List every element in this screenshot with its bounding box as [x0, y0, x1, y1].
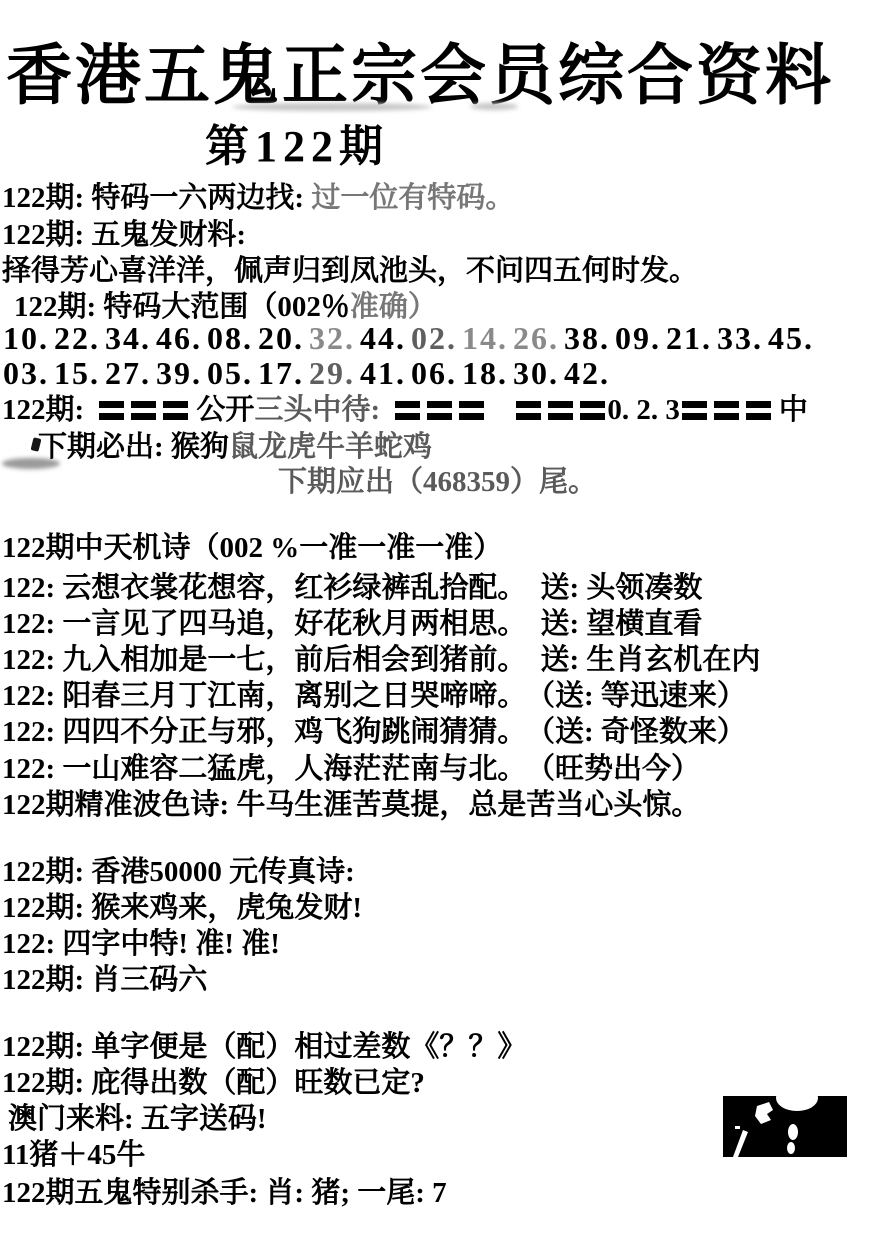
number: 06.: [411, 355, 457, 391]
number-row-2: 03.15.27.39.05.17.29.41.06.18.30.42.: [3, 356, 615, 390]
scan-smudge: [232, 103, 432, 111]
poem-verse: 一言见了四马追，好花秋月两相思。: [62, 608, 526, 640]
tip-line-1: 122期: 特码一六两边找: 过一位有特码。: [2, 181, 514, 215]
verse-line: 择得芳心喜洋洋，佩声归到凤池头，不问四五何时发。: [2, 254, 698, 288]
number: 32.: [309, 320, 355, 356]
tip-text: 特码一六两边找:: [91, 182, 311, 214]
number: 46.: [156, 320, 202, 356]
double-bar-icon: [580, 401, 605, 420]
poems-title: 122期中天机诗（002 %一准一准一准）: [2, 531, 502, 565]
poem-gift: （送: 等迅速来）: [540, 680, 745, 712]
double-bar-icon: [746, 401, 771, 420]
tail-line: 下期应出（468359）尾。: [278, 465, 597, 499]
number: 14.: [462, 320, 508, 356]
poem-verse: 四四不分正与邪，鸡飞狗跳闹猜猜。: [62, 716, 526, 748]
macau-line: 澳门来料: 五字送码!: [8, 1102, 267, 1136]
range-title: 122期: 特码大范围（002％准确）: [14, 290, 437, 324]
number: 22.: [54, 320, 100, 356]
number: 39.: [156, 355, 202, 391]
number: 41.: [360, 355, 406, 391]
heads-end-text: 中: [779, 394, 808, 426]
number: 03.: [3, 355, 49, 391]
poem-line: 122: 九入相加是一七，前后相会到猪前。送: 生肖玄机在内: [2, 643, 760, 677]
three-heads-line: 122期: 公开三头中待: 0. 2. 3中: [2, 393, 808, 427]
must-appear-line: 下期必出: 猴狗鼠龙虎牛羊蛇鸡: [38, 430, 432, 464]
poem-gift: 送: 生肖玄机在内: [540, 644, 760, 676]
issue-number: 第122期: [205, 110, 389, 174]
number: 17.: [258, 355, 304, 391]
number: 27.: [105, 355, 151, 391]
handwritten-text: 三头中待:: [254, 394, 387, 426]
bottom-line-2: 122期: 庇得出数（配）旺数已定?: [2, 1066, 425, 1100]
number: 02.: [411, 320, 457, 356]
poem-verse: 一山难容二猛虎，人海茫茫南与北。: [62, 753, 526, 785]
poem-gift: 送: 望横直看: [540, 608, 702, 640]
fax-line-3: 122: 四字中特! 准! 准!: [2, 927, 280, 961]
trigram-bars-group: [395, 401, 484, 420]
double-bar-icon: [163, 401, 188, 420]
trigram-bars-group: [682, 401, 771, 420]
issue-prefix: 122:: [2, 753, 62, 785]
number: 45.: [768, 320, 814, 356]
poem-line: 122: 阳春三月丁江南，离别之日哭啼啼。（送: 等迅速来）: [2, 679, 746, 713]
double-bar-icon: [131, 401, 156, 420]
issue-prefix: 122:: [2, 680, 62, 712]
killer-line: 122期五鬼特别杀手: 肖: 猪; 一尾: 7: [2, 1176, 447, 1210]
number: 21.: [666, 320, 712, 356]
poem-line: 122: 四四不分正与邪，鸡飞狗跳闹猜猜。（送: 奇怪数来）: [2, 715, 746, 749]
number: 09.: [615, 320, 661, 356]
silhouette-image: [723, 1096, 847, 1157]
issue-prefix: 122:: [2, 572, 62, 604]
number: 30.: [513, 355, 559, 391]
fax-line-1: 122期: 香港50000 元传真诗:: [2, 855, 355, 889]
poem-line: 122: 一山难容二猛虎，人海茫茫南与北。（旺势出今）: [2, 752, 700, 786]
poem-line: 122: 一言见了四马追，好花秋月两相思。送: 望横直看: [2, 607, 702, 641]
issue-prefix: 122:: [2, 608, 62, 640]
issue-prefix: 122:: [2, 644, 62, 676]
must-appear-label: 下期必出:: [38, 431, 171, 463]
number-row-1: 10.22.34.46.08.20.32.44.02.14.26.38.09.2…: [3, 321, 819, 355]
scan-smudge: [470, 103, 518, 110]
number: 42.: [564, 355, 610, 391]
poem-gift: 送: 头领凑数: [540, 572, 702, 604]
page-title: 香港五鬼正宗会员综合资料: [6, 22, 834, 117]
number: 38.: [564, 320, 610, 356]
pair-line: 11猪＋45牛: [2, 1138, 145, 1172]
poem-gift: （旺势出今）: [540, 753, 700, 785]
poem-line: 122: 云想衣裳花想容，红衫绿裤乱拾配。送: 头领凑数: [2, 571, 702, 605]
fax-line-4: 122期: 肖三码六: [2, 963, 207, 997]
number: 26.: [513, 320, 559, 356]
double-bar-icon: [99, 401, 124, 420]
poem-verse: 九入相加是一七，前后相会到猪前。: [62, 644, 526, 676]
poem-verse: 阳春三月丁江南，离别之日哭啼啼。: [62, 680, 526, 712]
double-bar-icon: [682, 401, 707, 420]
double-bar-icon: [714, 401, 739, 420]
number: 18.: [462, 355, 508, 391]
bottom-line-1: 122期: 单字便是（配）相过差数《？？》: [2, 1030, 526, 1064]
number: 10.: [3, 320, 49, 356]
number: 05.: [207, 355, 253, 391]
document-page: 香港五鬼正宗会员综合资料 第122期 122期: 特码一六两边找: 过一位有特码…: [0, 0, 875, 1238]
double-bar-icon: [395, 401, 420, 420]
zodiac-text: 猴狗: [171, 431, 229, 463]
double-bar-icon: [548, 401, 573, 420]
number: 34.: [105, 320, 151, 356]
trigram-bars-group: [99, 401, 188, 420]
number: 33.: [717, 320, 763, 356]
range-title-text: 122期: 特码大范围（002％: [14, 291, 350, 323]
number: 29.: [309, 355, 355, 391]
number: 44.: [360, 320, 406, 356]
fax-line-2: 122期: 猴来鸡来，虎兔发财!: [2, 891, 362, 925]
double-bar-icon: [459, 401, 484, 420]
poem-verse: 云想衣裳花想容，红衫绿裤乱拾配。: [62, 572, 526, 604]
double-bar-icon: [516, 401, 541, 420]
heads-open-text: 公开: [196, 394, 254, 426]
poem-gift: （送: 奇怪数来）: [540, 716, 745, 748]
number: 15.: [54, 355, 100, 391]
heads-numbers: 0. 2. 3: [607, 394, 680, 426]
issue-prefix: 122期:: [2, 394, 91, 426]
number: 20.: [258, 320, 304, 356]
handwritten-text: 准确）: [350, 291, 437, 323]
handwritten-text: 鼠龙虎牛羊蛇鸡: [229, 431, 432, 463]
issue-prefix: 122:: [2, 716, 62, 748]
issue-prefix: 122期:: [2, 182, 91, 214]
double-bar-icon: [427, 401, 452, 420]
number: 08.: [207, 320, 253, 356]
wave-color-poem: 122期精准波色诗: 牛马生涯苦莫提，总是苦当心头惊。: [2, 788, 700, 822]
tip-line-2: 122期: 五鬼发财料:: [2, 218, 246, 252]
handwritten-text: 过一位有特码。: [311, 182, 514, 214]
trigram-bars-group: [516, 401, 605, 420]
